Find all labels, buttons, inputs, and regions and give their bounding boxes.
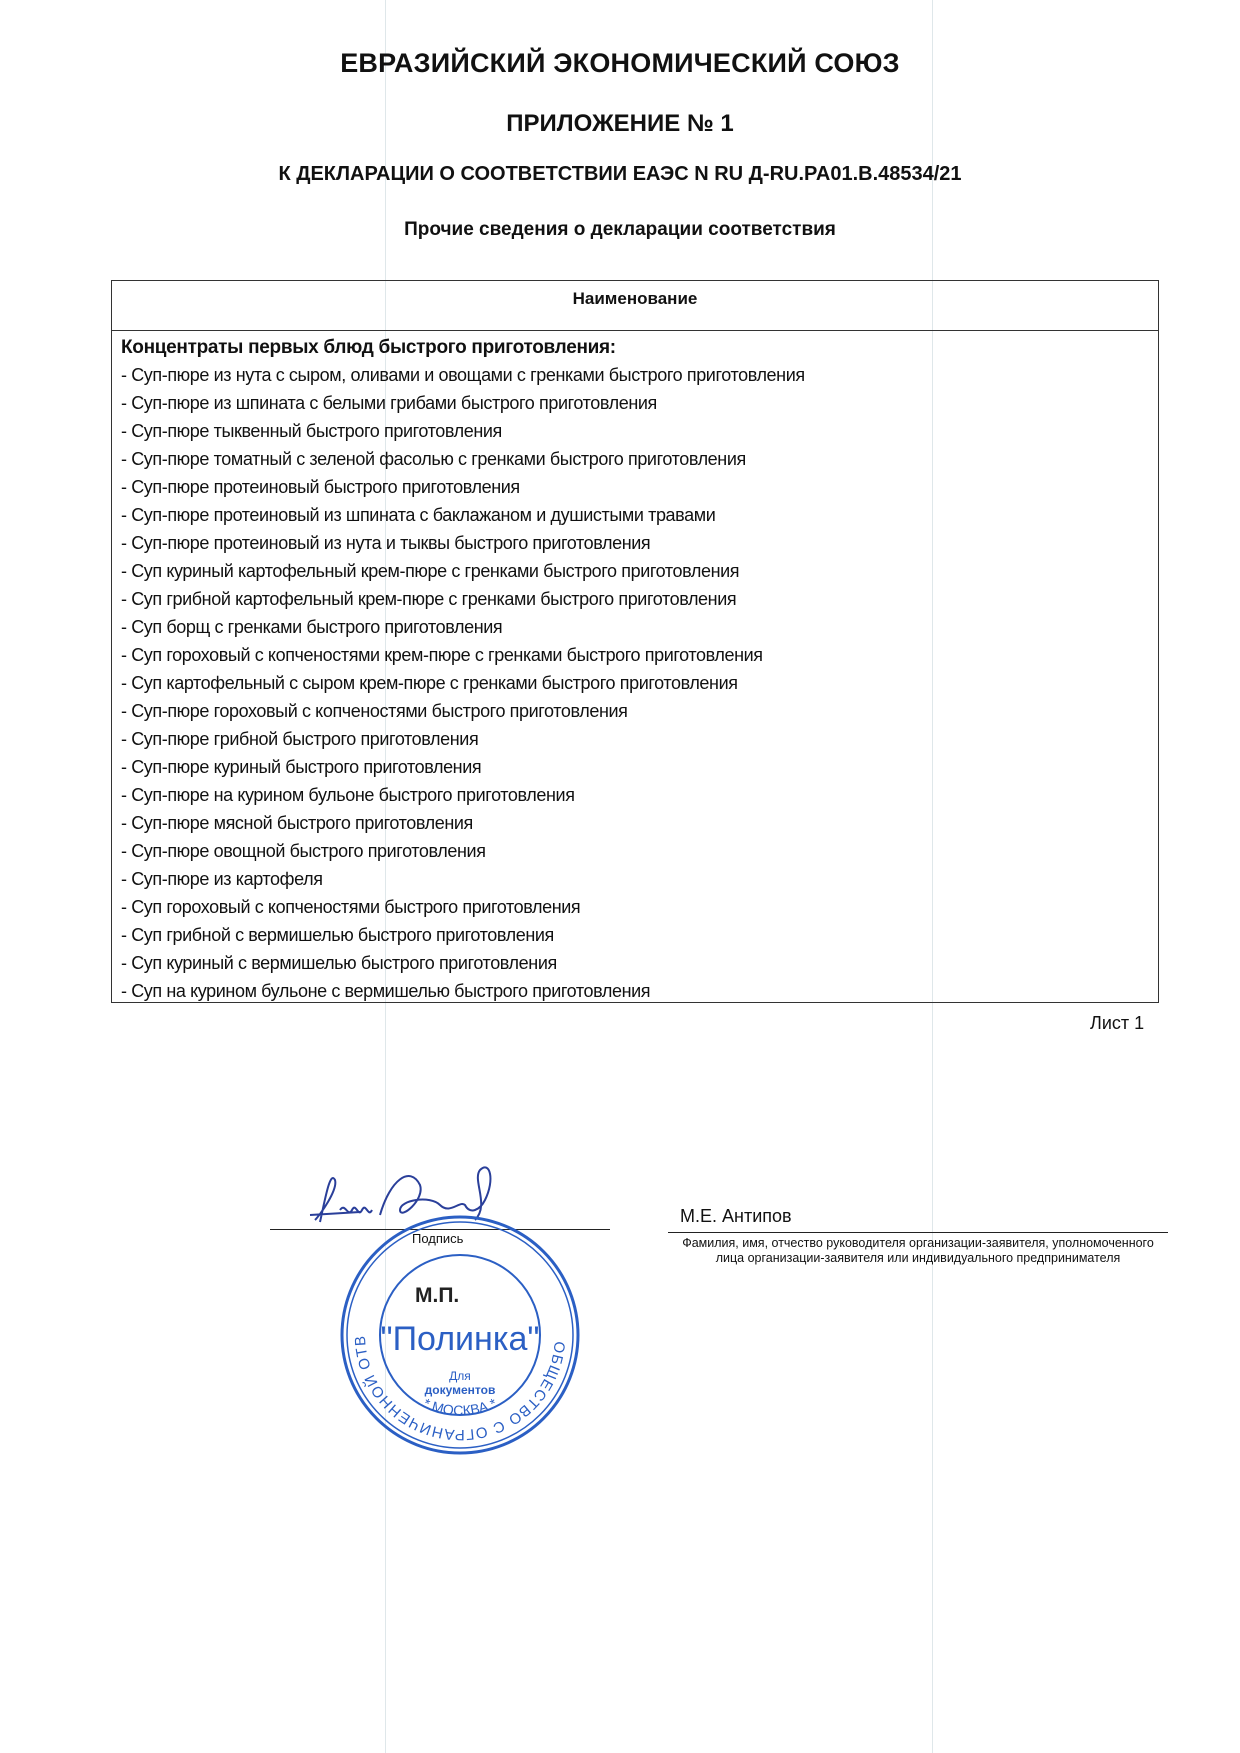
subtitle: Прочие сведения о декларации соответстви… [0, 219, 1240, 241]
list-item: - Суп-пюре протеиновый быстрого приготов… [121, 473, 1148, 501]
list-item: - Суп грибной с вермишелью быстрого приг… [121, 921, 1148, 949]
svg-text:Для: Для [449, 1369, 471, 1383]
products-table: Наименование Концентраты первых блюд быс… [111, 280, 1159, 1003]
list-item: - Суп картофельный с сыром крем-пюре с г… [121, 669, 1148, 697]
list-item: - Суп-пюре грибной быстрого приготовлени… [121, 725, 1148, 753]
list-item: - Суп-пюре мясной быстрого приготовления [121, 809, 1148, 837]
declaration-number: К ДЕКЛАРАЦИИ О СООТВЕТСТВИИ ЕАЭС N RU Д-… [0, 163, 1240, 186]
svg-text:документов: документов [425, 1383, 496, 1397]
list-item: - Суп борщ с гренками быстрого приготовл… [121, 613, 1148, 641]
svg-text:* МОСКВА *: * МОСКВА * [421, 1395, 499, 1419]
sheet-number: Лист 1 [1090, 1013, 1144, 1034]
list-item: - Суп куриный картофельный крем-пюре с г… [121, 557, 1148, 585]
list-item: - Суп гороховый с копченостями крем-пюре… [121, 641, 1148, 669]
company-seal-icon: ОБЩЕСТВО С ОГРАНИЧЕННОЙ ОТВЕТСТВЕННОСТЬЮ… [335, 1210, 585, 1460]
name-caption: Фамилия, имя, отчество руководителя орга… [668, 1236, 1168, 1266]
list-item: - Суп-пюре из шпината с белыми грибами б… [121, 389, 1148, 417]
table-body: Концентраты первых блюд быстрого пригото… [112, 331, 1158, 1005]
union-title: ЕВРАЗИЙСКИЙ ЭКОНОМИЧЕСКИЙ СОЮЗ [0, 48, 1240, 79]
list-item: - Суп грибной картофельный крем-пюре с г… [121, 585, 1148, 613]
signature-label: Подпись [412, 1231, 463, 1246]
list-item: - Суп на курином бульоне с вермишелью бы… [121, 977, 1148, 1005]
signatory-name: М.Е. Антипов [680, 1206, 792, 1227]
list-item: - Суп гороховый с копченостями быстрого … [121, 893, 1148, 921]
list-item: - Суп куриный с вермишелью быстрого приг… [121, 949, 1148, 977]
list-item: - Суп-пюре тыквенный быстрого приготовле… [121, 417, 1148, 445]
name-line [668, 1232, 1168, 1233]
list-item: - Суп-пюре протеиновый из шпината с бакл… [121, 501, 1148, 529]
list-item: - Суп-пюре из нута с сыром, оливами и ов… [121, 361, 1148, 389]
column-header: Наименование [112, 281, 1158, 331]
list-item: - Суп-пюре овощной быстрого приготовлени… [121, 837, 1148, 865]
product-list: - Суп-пюре из нута с сыром, оливами и ов… [121, 361, 1148, 1005]
list-item: - Суп-пюре протеиновый из нута и тыквы б… [121, 529, 1148, 557]
list-item: - Суп-пюре гороховый с копченостями быст… [121, 697, 1148, 725]
group-title: Концентраты первых блюд быстрого пригото… [121, 335, 1148, 361]
list-item: - Суп-пюре на курином бульоне быстрого п… [121, 781, 1148, 809]
list-item: - Суп-пюре куриный быстрого приготовлени… [121, 753, 1148, 781]
appendix-title: ПРИЛОЖЕНИЕ № 1 [0, 110, 1240, 138]
list-item: - Суп-пюре томатный с зеленой фасолью с … [121, 445, 1148, 473]
svg-text:"Полинка": "Полинка" [381, 1320, 540, 1358]
list-item: - Суп-пюре из картофеля [121, 865, 1148, 893]
seal-label: М.П. [415, 1284, 459, 1308]
